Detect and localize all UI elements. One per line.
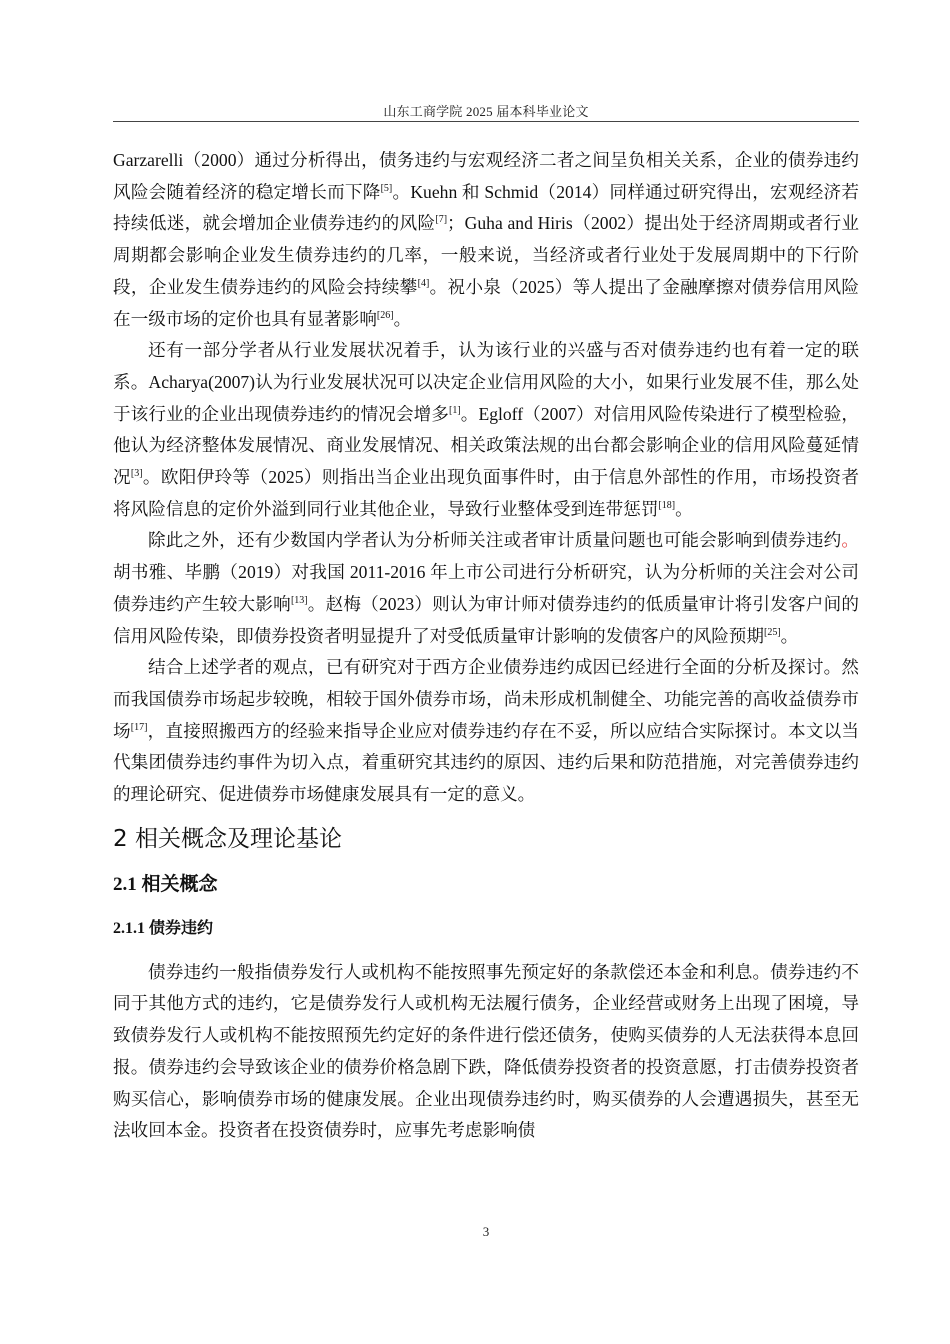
- citation-marker: [4]: [418, 278, 430, 289]
- citation-marker: [3]: [131, 468, 143, 479]
- page-number: 3: [113, 1224, 859, 1240]
- citation-marker: [5]: [381, 183, 393, 194]
- body-paragraph-bond-default-definition: 债券违约一般指债券发行人或机构不能按照事先预定好的条款偿还本金和利息。债券违约不…: [113, 957, 859, 1147]
- citation-marker: [17]: [131, 722, 148, 733]
- citation-marker: [1]: [449, 405, 461, 416]
- section-heading: 2.1 相关概念: [113, 863, 859, 907]
- citation-marker: [13]: [291, 595, 308, 606]
- highlighted-punctuation: 。: [841, 530, 859, 550]
- page-body: Garzarelli（2000）通过分析得出，债务违约与宏观经济二者之间呈负相关…: [113, 145, 859, 1147]
- citation-marker: [25]: [764, 627, 781, 638]
- body-paragraph: Garzarelli（2000）通过分析得出，债务违约与宏观经济二者之间呈负相关…: [113, 145, 859, 335]
- body-paragraph: 还有一部分学者从行业发展状况着手，认为该行业的兴盛与否对债券违约也有着一定的联系…: [113, 335, 859, 525]
- citation-marker: [18]: [658, 500, 675, 511]
- citation-marker: [26]: [377, 310, 394, 321]
- body-paragraph: 结合上述学者的观点，已有研究对于西方企业债券违约成因已经进行全面的分析及探讨。然…: [113, 652, 859, 811]
- running-header: 山东工商学院 2025 届本科毕业论文: [113, 101, 859, 120]
- chapter-heading: 2 相关概念及理论基论: [113, 815, 859, 863]
- literature-review-paragraphs: Garzarelli（2000）通过分析得出，债务违约与宏观经济二者之间呈负相关…: [113, 145, 859, 811]
- citation-marker: [7]: [435, 214, 447, 225]
- text-run: 。: [781, 626, 799, 646]
- text-run: 。: [675, 499, 693, 519]
- subsection-heading: 2.1.1 债券违约: [113, 907, 859, 951]
- text-run: 。: [394, 309, 412, 329]
- text-run: 。欧阳伊玲等（2025）则指出当企业出现负面事件时，由于信息外部性的作用，市场投…: [113, 467, 859, 519]
- body-paragraph: 除此之外，还有少数国内学者认为分析师关注或者审计质量问题也可能会影响到债券违约。…: [113, 525, 859, 652]
- text-run: 除此之外，还有少数国内学者认为分析师关注或者审计质量问题也可能会影响到债券违约: [148, 530, 841, 550]
- text-run: ，直接照搬西方的经验来指导企业应对债券违约存在不妥，所以应结合实际探讨。本文以当…: [113, 721, 859, 804]
- header-divider: [113, 121, 859, 122]
